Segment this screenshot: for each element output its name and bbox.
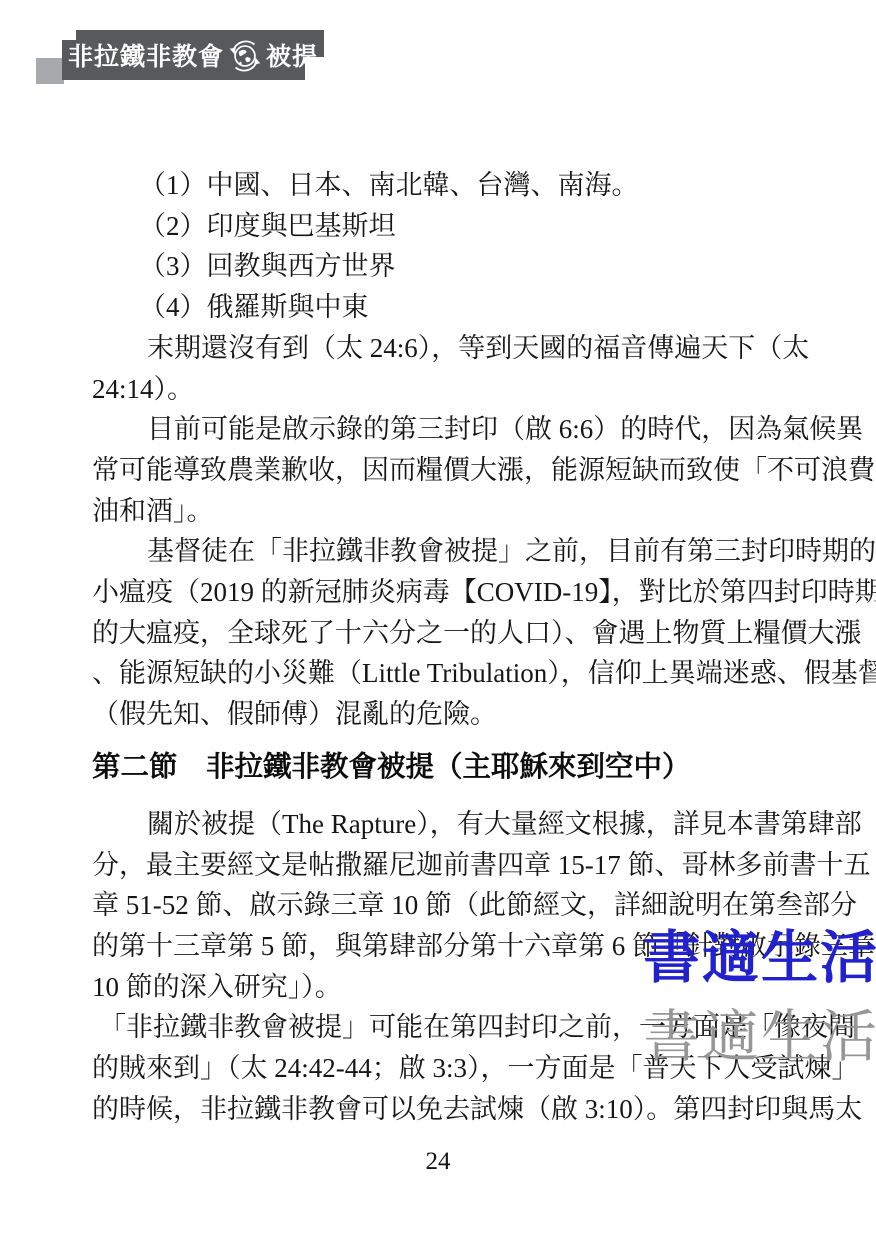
text-line: 基督徒在「非拉鐵非教會被提」之前，目前有第三封印時期的 [92, 531, 792, 572]
page-number: 24 [0, 1148, 876, 1176]
globe-refresh-icon [228, 39, 262, 73]
text-line: 常可能導致農業歉收，因而糧價大漲，能源短缺而致使「不可浪費 [92, 450, 792, 491]
watermark-blue: 書適生活 [643, 912, 876, 994]
text-line: 的大瘟疫，全球死了十六分之一的人口）、會遇上物質上糧價大漲 [92, 613, 792, 654]
text-line: （3）回教與西方世界 [92, 246, 792, 287]
banner-title-right: 被提 [266, 37, 318, 73]
text-line: 小瘟疫（2019 的新冠肺炎病毒【COVID-19】，對比於第四封印時期 [92, 572, 792, 613]
banner-title-left: 非拉鐵非教會 [68, 37, 224, 73]
header-banner: 非拉鐵非教會 被提 [36, 28, 336, 88]
text-line: （假先知、假師傅）混亂的危險。 [92, 694, 792, 735]
page: { "page": { "background": "#ffffff", "nu… [0, 0, 876, 1235]
text-line: 、能源短缺的小災難（Little Tribulation），信仰上異端迷惑、假基… [92, 653, 792, 694]
banner-bar: 非拉鐵非教會 被提 [62, 30, 324, 80]
text-line: 末期還沒有到（太 24:6），等到天國的福音傳遍天下（太 [92, 328, 792, 369]
watermark-gray: 書適生活 [643, 991, 876, 1073]
text-line: 關於被提（The Rapture），有大量經文根據，詳見本書第肆部 [92, 804, 792, 845]
text-line: 目前可能是啟示錄的第三封印（啟 6:6）的時代，因為氣候異 [92, 409, 792, 450]
text-line: （4）俄羅斯與中東 [92, 287, 792, 328]
text-line: （2）印度與巴基斯坦 [92, 206, 792, 247]
text-line: 的時候，非拉鐵非教會可以免去試煉（啟 3:10）。第四封印與馬太 [92, 1089, 792, 1130]
section-heading: 第二節 非拉鐵非教會被提（主耶穌來到空中） [92, 749, 792, 785]
text-line: （1）中國、日本、南北韓、台灣、南海。 [92, 165, 792, 206]
text-line: 24:14）。 [92, 369, 792, 410]
banner-accent-square [36, 58, 64, 84]
text-line: 油和酒」。 [92, 491, 792, 532]
text-line: 分，最主要經文是帖撒羅尼迦前書四章 15-17 節、哥林多前書十五 [92, 845, 792, 886]
